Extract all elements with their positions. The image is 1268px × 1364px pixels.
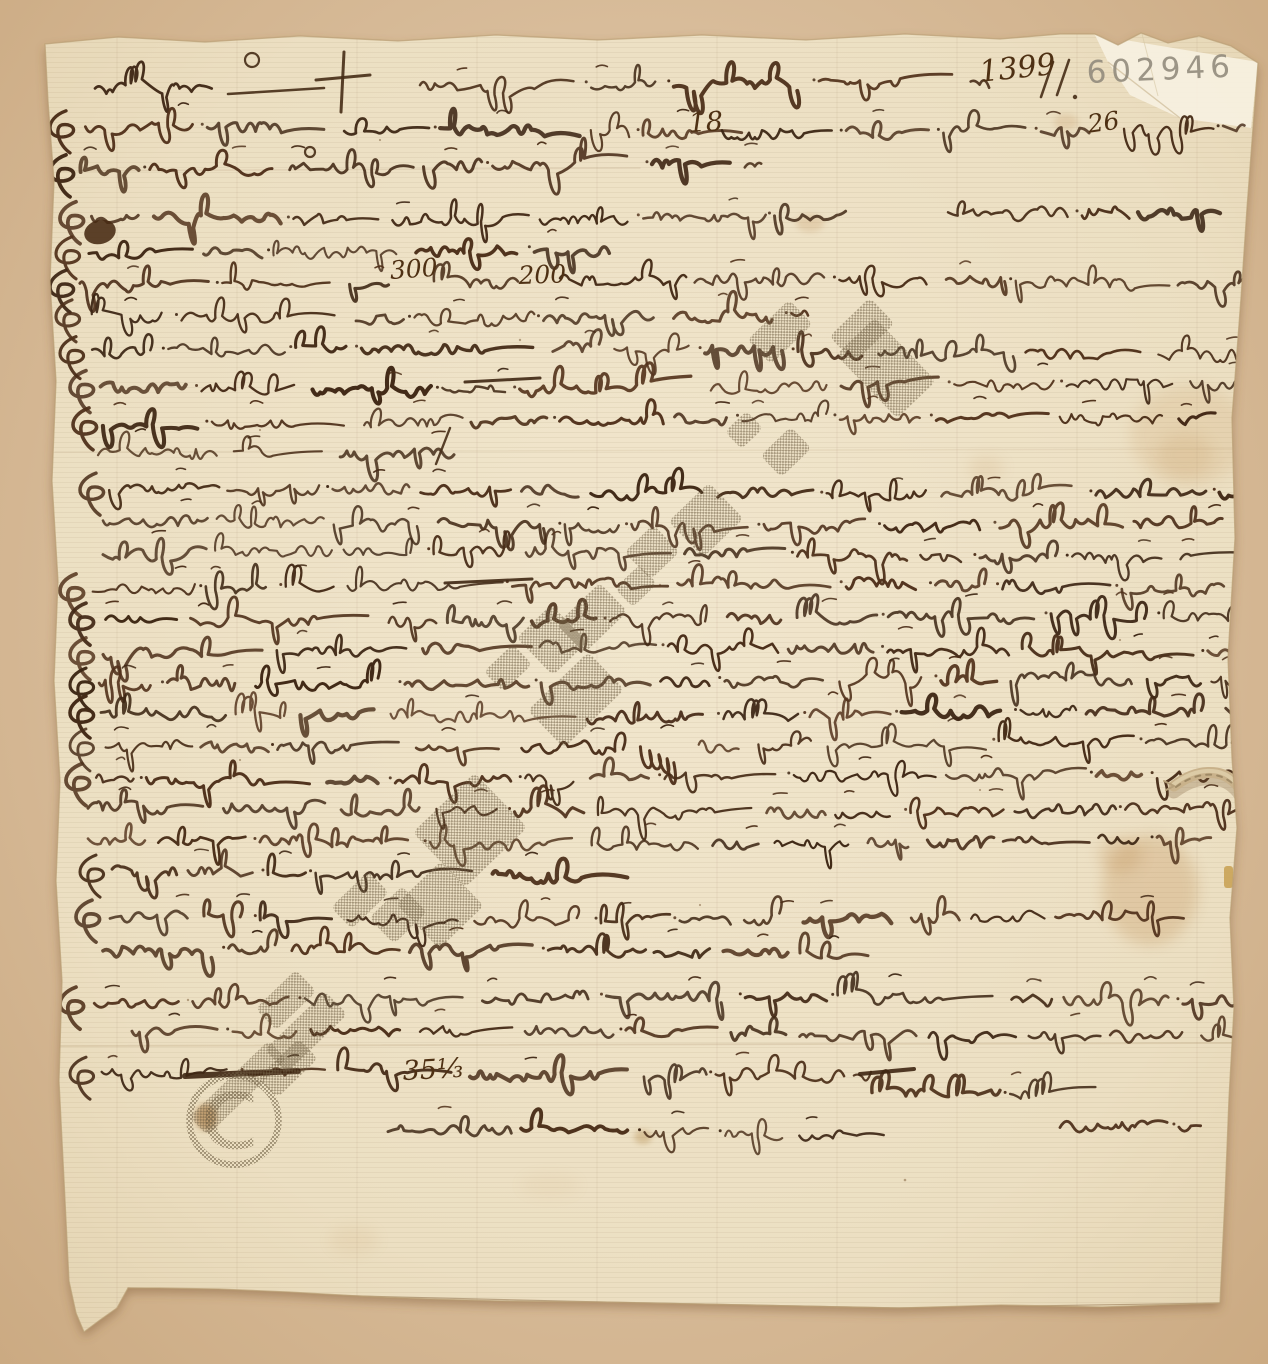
ink-number-300: 300 xyxy=(389,255,438,283)
ink-number-200: 200 xyxy=(518,261,567,288)
archive-number: 602946 xyxy=(1086,52,1236,89)
letter-image: © xyxy=(0,0,1268,1364)
manuscript-scan: © 1399 18 26 300 200 35⅓ 602946 xyxy=(0,0,1268,1364)
ink-rate-35-third: 35⅓ xyxy=(402,1055,464,1085)
ink-year-1399: 1399 xyxy=(978,50,1057,88)
copyright-symbol: © xyxy=(168,1046,300,1200)
ink-number-18: 18 xyxy=(688,108,724,137)
ink-number-26: 26 xyxy=(1086,108,1121,137)
